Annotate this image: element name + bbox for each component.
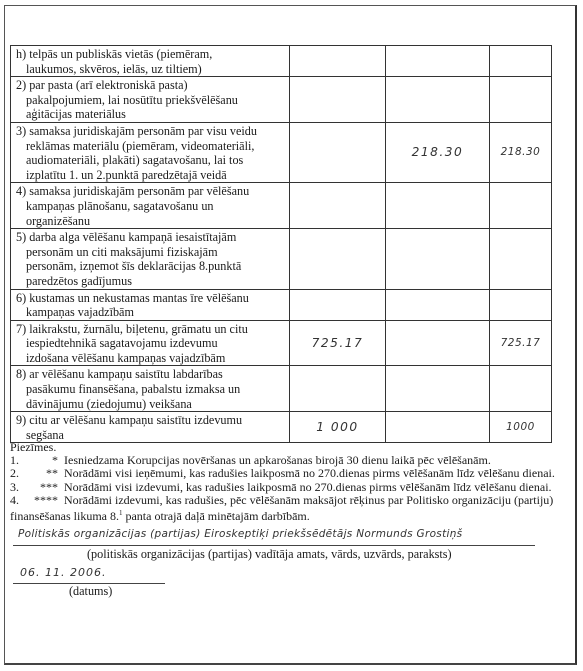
table-row: 7) laikrakstu, žurnālu, biļetenu, grāmat… — [11, 320, 552, 366]
value-cell-2 — [386, 77, 490, 123]
value-cell-2: 218.30 — [386, 122, 490, 182]
value-cell-1 — [290, 46, 386, 77]
table-row: 5) darba alga vēlēšanu kampaņā iesaistīt… — [11, 229, 552, 289]
total-cell — [490, 229, 552, 289]
total-cell: 1000 — [490, 412, 552, 443]
row-description: 3) samaksa juridiskajām personām par vis… — [11, 122, 290, 182]
value-cell-2 — [386, 412, 490, 443]
value-cell-2 — [386, 366, 490, 412]
row-description: 2) par pasta (arī elektroniskā pasta)pak… — [11, 77, 290, 123]
value-cell-2 — [386, 320, 490, 366]
table-row: 6) kustamas un nekustamas mantas īre vēl… — [11, 289, 552, 320]
total-cell — [490, 366, 552, 412]
table-row: 4) samaksa juridiskajām personām par vēl… — [11, 183, 552, 229]
total-cell — [490, 46, 552, 77]
row-description: 4) samaksa juridiskajām personām par vēl… — [11, 183, 290, 229]
total-cell — [490, 289, 552, 320]
value-cell-2 — [386, 46, 490, 77]
row-description: 7) laikrakstu, žurnālu, biļetenu, grāmat… — [11, 320, 290, 366]
table-row: 3) samaksa juridiskajām personām par vis… — [11, 122, 552, 182]
notes-section: Piezīmes. 1.*Iesniedzama Korupcijas novē… — [10, 441, 570, 523]
handwritten-signature-text: Politiskās organizācijas (partijas) Eiro… — [18, 528, 558, 540]
value-cell-1: 1 000 — [290, 412, 386, 443]
value-cell-1 — [290, 229, 386, 289]
value-cell-1 — [290, 183, 386, 229]
row-description: 5) darba alga vēlēšanu kampaņā iesaistīt… — [11, 229, 290, 289]
value-cell-2 — [386, 183, 490, 229]
signature-caption: (politiskās organizācijas (partijas) vad… — [87, 547, 452, 562]
total-cell — [490, 77, 552, 123]
value-cell-1 — [290, 289, 386, 320]
handwritten-date: 06. 11. 2006. — [20, 566, 106, 579]
table-row: 9) citu ar vēlēšanu kampaņu saistītu izd… — [11, 412, 552, 443]
total-cell — [490, 183, 552, 229]
total-cell: 218.30 — [490, 122, 552, 182]
total-cell: 725.17 — [490, 320, 552, 366]
table-row: h) telpās un publiskās vietās (piemēram,… — [11, 46, 552, 77]
value-cell-2 — [386, 289, 490, 320]
table-row: 8) ar vēlēšanu kampaņu saistītu labdarīb… — [11, 366, 552, 412]
row-description: h) telpās un publiskās vietās (piemēram,… — [11, 46, 290, 77]
table-row: 2) par pasta (arī elektroniskā pasta)pak… — [11, 77, 552, 123]
row-description: 8) ar vēlēšanu kampaņu saistītu labdarīb… — [11, 366, 290, 412]
row-description: 6) kustamas un nekustamas mantas īre vēl… — [11, 289, 290, 320]
value-cell-2 — [386, 229, 490, 289]
value-cell-1: 725.17 — [290, 320, 386, 366]
note-item: 4.****Norādāmi izdevumi, kas radušies, p… — [10, 494, 570, 507]
row-description: 9) citu ar vēlēšanu kampaņu saistītu izd… — [11, 412, 290, 443]
value-cell-1 — [290, 77, 386, 123]
expenses-table: h) telpās un publiskās vietās (piemēram,… — [10, 45, 552, 443]
note-continuation: finansēšanas likuma 8.1 panta otrajā daļ… — [10, 507, 570, 523]
value-cell-1 — [290, 122, 386, 182]
signature-line — [13, 545, 535, 546]
date-caption: (datums) — [69, 584, 112, 599]
value-cell-1 — [290, 366, 386, 412]
